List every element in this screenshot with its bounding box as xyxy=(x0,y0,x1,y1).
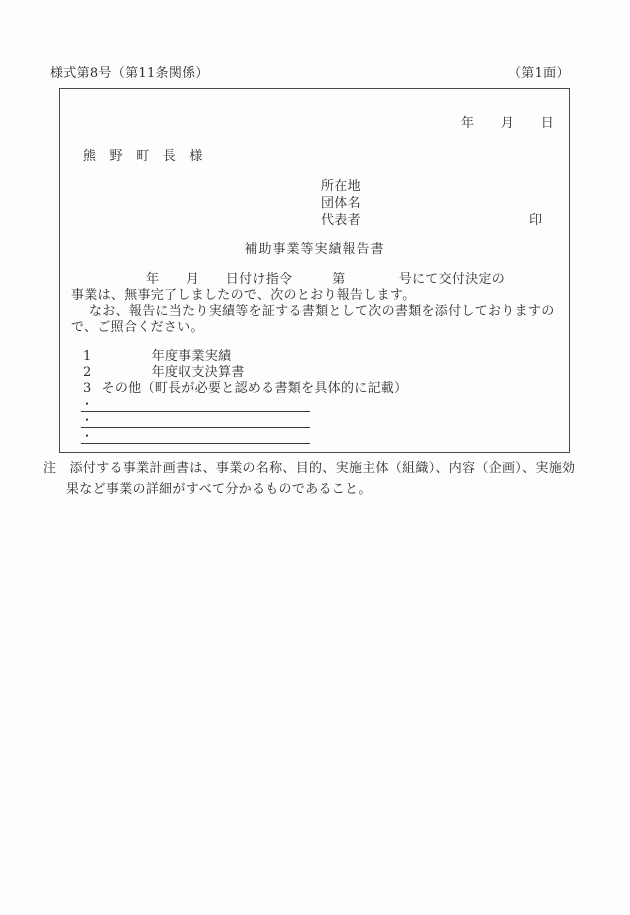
attachment-row: 1年度事業実績 xyxy=(83,349,231,364)
bullet-dot-icon: ・ xyxy=(81,397,93,411)
attachment-number: 3 xyxy=(83,381,92,396)
attachment-label: その他（町長が必要と認める書類を具体的に記載） xyxy=(102,381,408,396)
other-document-fill-in-line: ・ xyxy=(81,396,310,412)
other-document-fill-in-line: ・ xyxy=(81,412,310,428)
document-title: 補助事業等実績報告書 xyxy=(60,238,569,257)
bullet-dot-icon: ・ xyxy=(81,429,93,443)
body-line-completion: 事業は、無事完了しましたので、次のとおり報告します。 xyxy=(71,288,416,303)
applicant-representative-label: 代表者 xyxy=(321,213,361,228)
body-line-attachment-notice: なお、報告に当たり実績等を証する書類として次の書類を添付しておりますの xyxy=(89,304,555,319)
attachment-label: 年度事業実績 xyxy=(152,349,232,364)
body-line-reference: で、ご照合ください。 xyxy=(71,320,204,335)
bullet-dot-icon: ・ xyxy=(81,413,93,427)
body-line-directive: 年 月 日付け指令 第 号にて交付決定の xyxy=(146,272,505,287)
attachment-row: 3その他（町長が必要と認める書類を具体的に記載） xyxy=(83,381,407,396)
applicant-organization-label: 団体名 xyxy=(321,196,361,211)
attachment-number: 2 xyxy=(83,365,92,380)
form-border-box: 年 月 日 熊 野 町 長 様 所在地 団体名 代表者 印 補助事業等実績報告書… xyxy=(59,88,570,453)
footnote-line-1: 注 添付する事業計画書は、事業の名称、目的、実施主体（組織）、内容（企画）、実施… xyxy=(43,461,575,476)
attachment-label: 年度収支決算書 xyxy=(152,365,245,380)
document-page: 様式第8号（第11条関係） （第1面） 年 月 日 熊 野 町 長 様 所在地 … xyxy=(0,0,630,915)
date-fill-in-line: 年 月 日 xyxy=(461,116,554,131)
form-style-number-label: 様式第8号（第11条関係） xyxy=(50,66,209,81)
page-face-label: （第1面） xyxy=(508,66,570,81)
attachment-row: 2年度収支決算書 xyxy=(83,365,245,380)
attachment-number: 1 xyxy=(83,349,92,364)
other-document-fill-in-line: ・ xyxy=(81,428,310,444)
addressee-kumano-mayor: 熊 野 町 長 様 xyxy=(83,149,203,164)
footnote-line-2: 果など事業の詳細がすべて分かるものであること。 xyxy=(66,482,372,497)
applicant-location-label: 所在地 xyxy=(321,179,361,194)
seal-mark: 印 xyxy=(529,213,542,228)
